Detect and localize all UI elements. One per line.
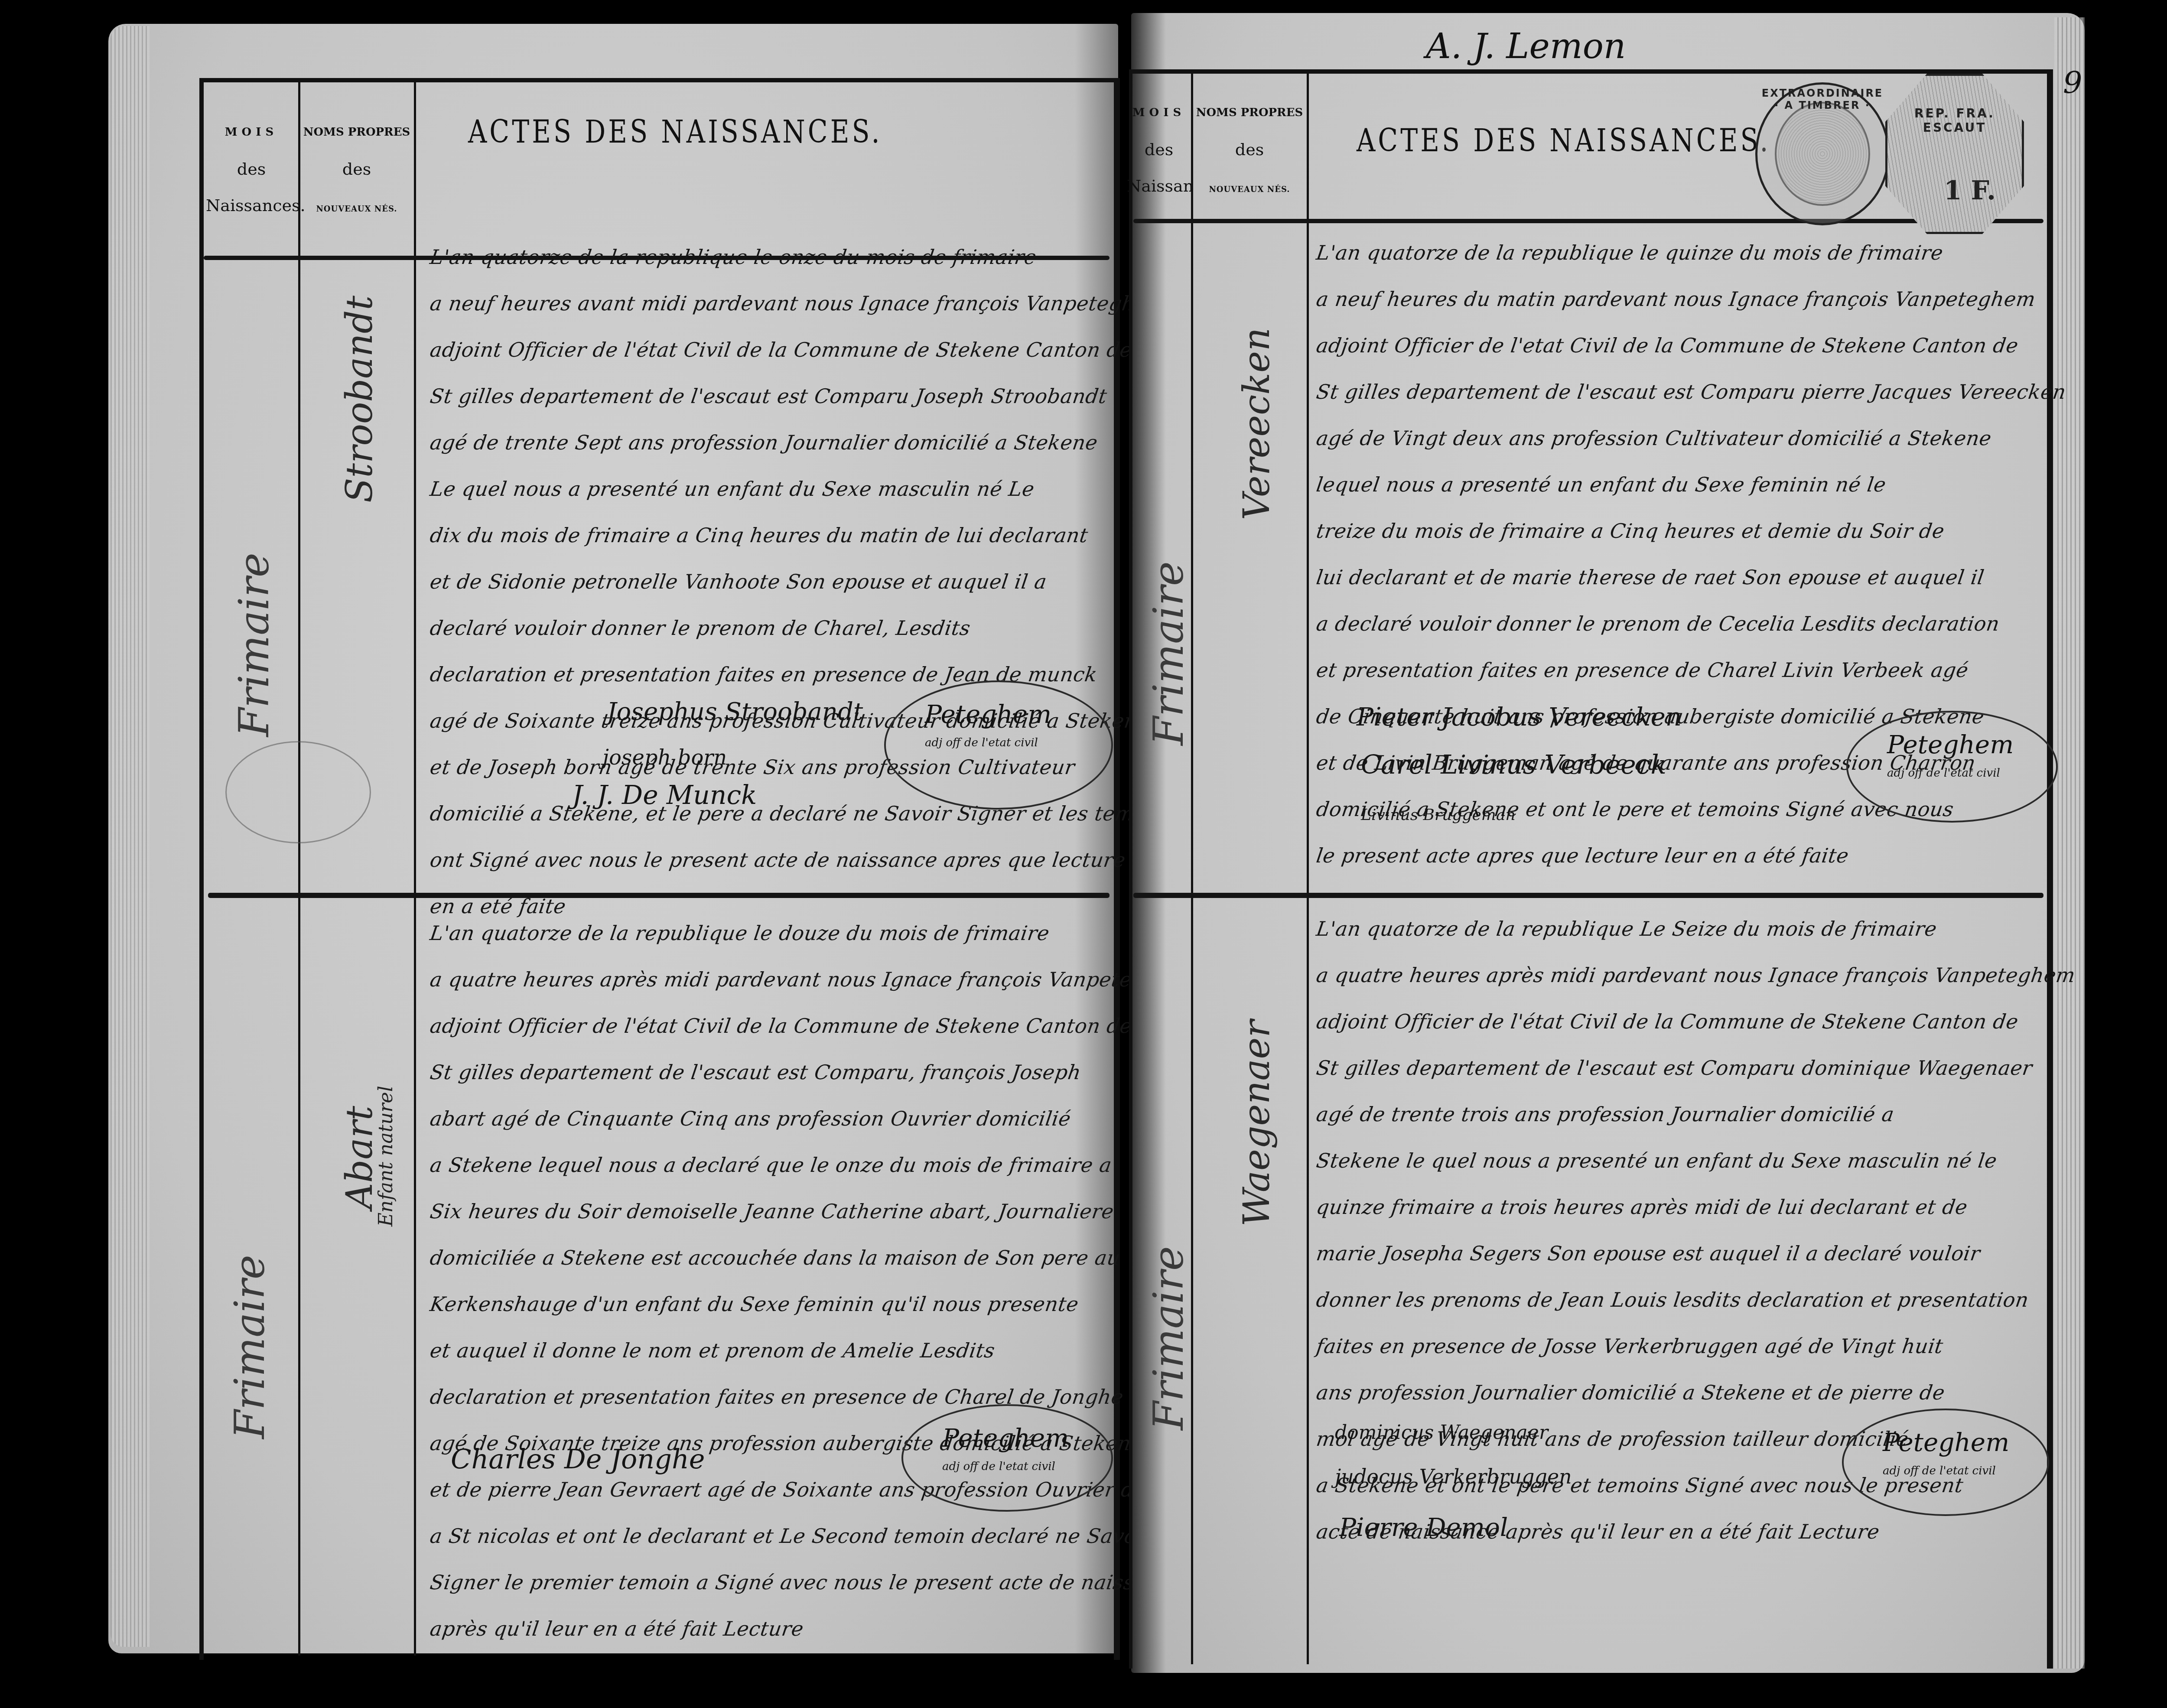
right-header-names: NOMS PROPRES des NOUVEAUX NÉS.	[1193, 106, 1306, 194]
left-entry1-text: L'an quatorze de la republique le onze d…	[427, 234, 1173, 930]
tax-stamp-round: EXTRAORDINAIRE · A TIMBRER ·	[1755, 82, 1890, 225]
right-col-divider-names	[1307, 74, 1309, 1664]
right-entry1-month: Frimaire	[1144, 561, 1193, 745]
officer-signature: Peteghem adj off de l'etat civil	[1846, 711, 2058, 823]
left-entry1-month: Frimaire	[230, 553, 278, 737]
top-signature: A. J. Lemon	[1426, 26, 1626, 66]
left-header-names: NOMS PROPRES des NOUVEAUX NÉS.	[301, 126, 413, 214]
right-entry-divider	[1133, 893, 2043, 898]
left-entry2-month: Frimaire	[225, 1255, 274, 1439]
left-entry2-surname: Abart	[338, 1106, 381, 1209]
tax-stamp-octagon: REP. FRA. ESCAUT 1 F.	[1885, 74, 2024, 234]
left-entry1-surname: Stroobandt	[338, 296, 381, 503]
page-number: 9	[2063, 65, 2082, 101]
right-page-title: ACTES DES NAISSANCES.	[1357, 123, 1771, 159]
signature-father: dominicus Waegenaer	[1335, 1422, 1548, 1444]
signature-witness: Livinus Bruggeman	[1361, 806, 1516, 824]
page-edges-left	[111, 26, 150, 1647]
signature-father: Josephus Stroobandt	[607, 698, 863, 726]
signature-witness: joseph born	[602, 745, 727, 770]
left-col-divider-month	[298, 82, 300, 1656]
left-entry2-text: L'an quatorze de la republique le douze …	[427, 910, 1212, 1652]
left-header-month: MOIS des Naissances.	[206, 126, 297, 215]
signature-witness: J. J. De Munck	[572, 780, 757, 810]
stamp-emblem	[1775, 102, 1870, 206]
right-entry2-month: Frimaire	[1144, 1246, 1193, 1430]
right-header-month: MOIS des Naissances.	[1127, 106, 1191, 195]
signature-witness: Charles De Jonghe	[451, 1443, 705, 1475]
right-entry2-surname: Waegenaer	[1235, 1020, 1278, 1227]
right-header-rule	[1133, 219, 2043, 223]
left-entry2-surname-note: Enfant naturel	[375, 1086, 397, 1227]
signature-father: Pieter Jacobus Vereecken	[1357, 702, 1682, 732]
signature-witness: judocus Verkerbruggen	[1335, 1465, 1572, 1488]
left-col-divider-names	[414, 82, 416, 1656]
officer-signature: Peteghem adj off de l'etat civil	[1842, 1409, 2049, 1516]
signature-witness: Pierre Demol	[1339, 1513, 1508, 1542]
month-flourish	[225, 741, 371, 843]
officer-signature: Peteghem adj off de l'etat civil	[884, 680, 1113, 810]
officer-signature: Peteghem adj off de l'etat civil	[901, 1404, 1113, 1512]
left-page-title: ACTES DES NAISSANCES.	[468, 114, 882, 150]
right-entry1-surname: Vereecken	[1235, 328, 1278, 520]
signature-witness: Carel Livinus Verbeeck	[1361, 750, 1666, 780]
